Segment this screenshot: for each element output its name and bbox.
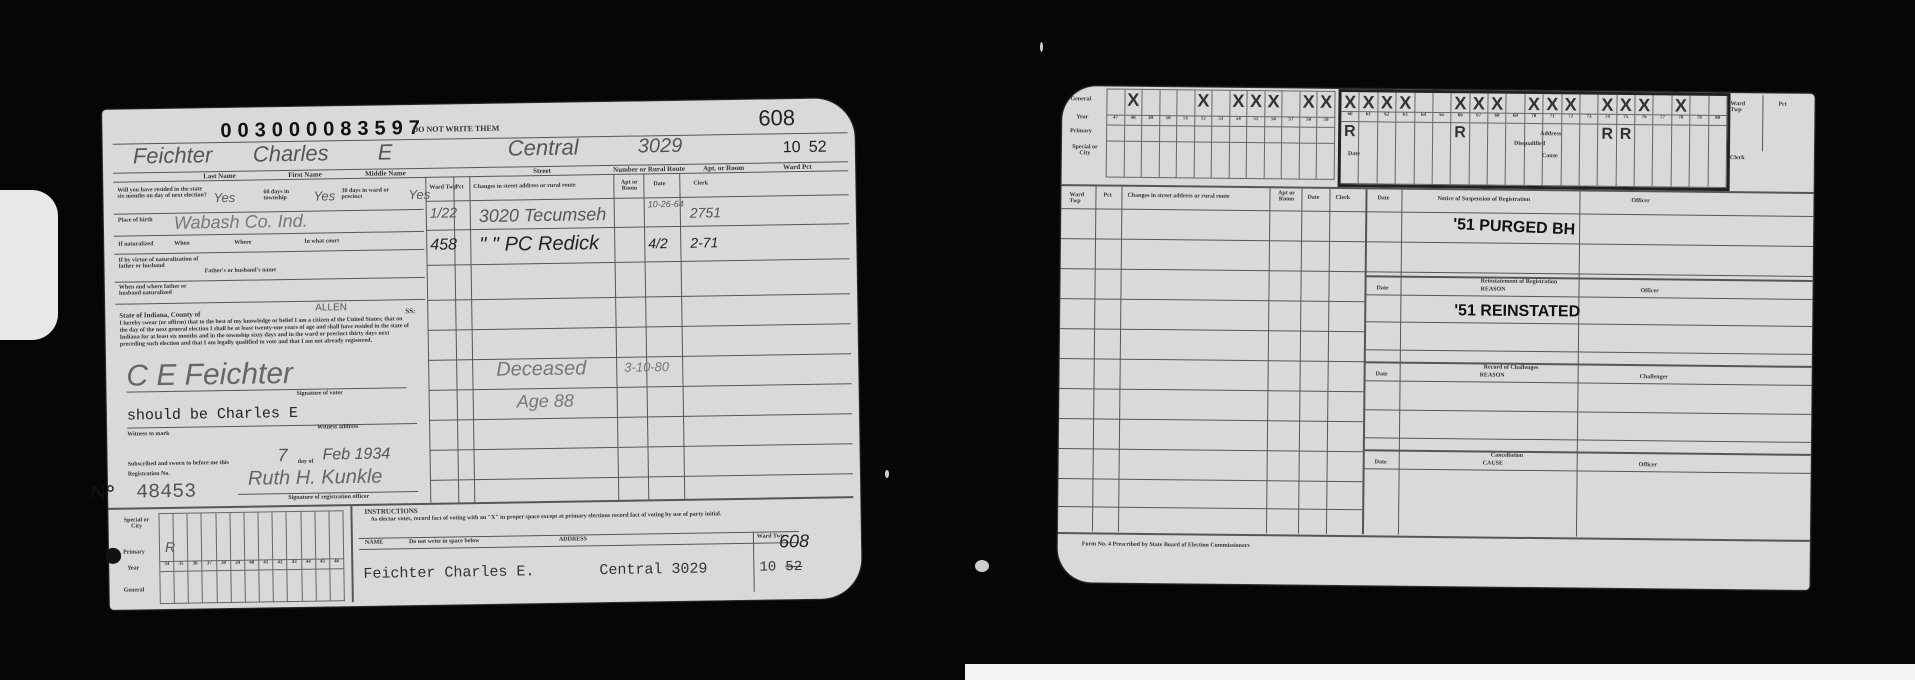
back-changes-header-address: Changes in street address or rural route	[1127, 193, 1229, 200]
vote-cell	[1300, 144, 1318, 180]
stub-pct-overwrite: 608	[779, 531, 809, 552]
changes-date: 3-10-80	[624, 359, 669, 375]
correction-note: should be Charles E	[127, 405, 298, 425]
general-mark: X	[1195, 90, 1213, 116]
vote-cell	[202, 513, 217, 561]
back-changes-header-clerk: Clerk	[1335, 195, 1350, 201]
vote-cell	[216, 513, 231, 561]
reinstatement-header-reason: REASON	[1480, 286, 1505, 292]
vote-cell	[1177, 126, 1195, 142]
ward-residence-answer: Yes	[408, 187, 430, 202]
back-label-general: General	[1070, 96, 1091, 102]
vote-cell	[1690, 126, 1709, 188]
divider	[1364, 349, 1812, 355]
divider	[1363, 449, 1811, 456]
front-vote-grid: 34 35 36 37 38 39 40 41 42 43 44 45 46	[158, 510, 344, 604]
middle-name: E	[378, 139, 393, 165]
general-mark: X	[1635, 95, 1654, 115]
year-cell: 65	[1433, 113, 1451, 123]
year-cell: 47	[1107, 116, 1125, 126]
divider	[469, 176, 475, 502]
cancellation-header-cause: CAUSE	[1483, 460, 1503, 466]
voter-signature: C E Feichter	[126, 357, 293, 394]
divider	[115, 277, 425, 283]
label-no-write: Do not write in space below	[409, 538, 480, 545]
vote-cell	[274, 570, 289, 602]
stub-address: Central 3029	[599, 560, 707, 579]
vote-cell	[1230, 127, 1248, 143]
year-cell: 60	[1341, 112, 1359, 122]
vote-cell	[188, 513, 203, 561]
label-nat-court: In what court	[304, 238, 339, 245]
place-of-birth: Wabash Co. Ind.	[174, 211, 308, 234]
back-changes-header-apt: Apt or Room	[1274, 190, 1298, 202]
vote-cell	[259, 570, 274, 602]
vote-cell	[1506, 124, 1525, 186]
year-cell: 45	[316, 559, 330, 569]
vote-cell	[1414, 123, 1433, 185]
reinstatement-title: Reinstatement of Registration	[1481, 278, 1558, 285]
divider	[350, 506, 354, 602]
vote-cell	[1635, 125, 1654, 187]
vote-cell	[1580, 124, 1599, 186]
general-mark: X	[1265, 91, 1283, 117]
year-cell: 51	[1177, 116, 1195, 126]
vote-cell	[273, 512, 288, 560]
suspension-header-date: Date	[1377, 195, 1389, 201]
general-mark: X	[1562, 94, 1581, 114]
general-mark: X	[1525, 94, 1544, 114]
vote-cell	[1396, 123, 1415, 185]
instructions-title: INSTRUCTIONS	[364, 507, 417, 516]
primary-mark: R	[1598, 125, 1617, 187]
label-stub-name: NAME	[365, 540, 383, 546]
divider	[1059, 448, 1363, 452]
divider	[1061, 208, 1813, 217]
divider	[1060, 298, 1364, 302]
divider	[427, 258, 850, 266]
suspension-header-officer: Officer	[1631, 198, 1649, 204]
label-signature-voter: Signature of voter	[297, 390, 343, 397]
back-label-primary: Primary	[1070, 128, 1092, 134]
oath-county: ALLEN	[315, 302, 347, 313]
punch-hole-icon	[105, 548, 121, 564]
first-name: Charles	[253, 140, 329, 167]
year-cell: 38	[217, 561, 231, 571]
film-speck	[885, 470, 889, 478]
changes-row: 1/22 3020 Tecumseh 10-26-64 2751	[102, 98, 854, 110]
year-cell: 49	[1142, 116, 1160, 126]
year-cell: 59	[1318, 118, 1336, 128]
vote-cell	[1282, 143, 1300, 179]
changes-clerk: 2751	[690, 204, 721, 220]
changes-address: Age 88	[517, 391, 574, 413]
label-father-when-where: When and where father or husband natural…	[119, 283, 209, 296]
changes-header-clerk: Clerk	[693, 180, 708, 186]
vote-cell	[1142, 126, 1160, 142]
divider	[1762, 95, 1764, 151]
vote-cell	[287, 512, 302, 560]
year-cell: 75	[1617, 115, 1635, 125]
street-name: Central	[508, 134, 579, 161]
general-mark: X	[1341, 92, 1360, 112]
header-notice: DO NOT WRITE THEM	[412, 124, 499, 134]
changes-header-ward: Ward Twp	[429, 184, 456, 190]
vote-cell	[1107, 142, 1125, 178]
label-disqualified: Disqualified	[1514, 141, 1545, 147]
year-cell: 56	[1265, 117, 1283, 127]
year-cell: 53	[1212, 117, 1230, 127]
vote-label-general: General	[124, 587, 145, 593]
year-cell: 70	[1525, 114, 1543, 124]
label-sworn: Subscribed and sworn to before me this	[128, 460, 229, 468]
year-cell: 35	[174, 562, 188, 572]
back-changes-header-date: Date	[1307, 195, 1319, 201]
vote-cell	[288, 570, 303, 602]
vote-cell	[244, 513, 259, 561]
changes-address: 3020 Tecumseh	[479, 204, 607, 227]
general-mark: X	[1396, 93, 1415, 113]
general-mark	[1283, 91, 1301, 117]
general-mark: X	[1672, 95, 1691, 115]
reinstatement-header-officer: Officer	[1640, 288, 1658, 294]
instructions-text: As elector votes, record fact of voting …	[371, 510, 791, 524]
year-cell: 67	[1470, 113, 1488, 123]
divider	[115, 299, 425, 305]
divider	[643, 173, 649, 499]
vote-label-primary: Primary	[123, 549, 145, 555]
suspension-header-notice: Notice of Suspension of Registration	[1437, 196, 1530, 203]
changes-clerk: 2-71	[690, 234, 718, 250]
vote-cell	[245, 571, 260, 603]
label-ward-twp: Ward Twp	[1730, 101, 1754, 113]
general-mark: X	[1318, 92, 1336, 118]
changes-row: 458 " " PC Redick 4/2 2-71	[102, 98, 854, 110]
vote-cell	[1212, 143, 1230, 179]
label-clerk: Clerk	[1730, 155, 1745, 161]
divider	[428, 323, 851, 331]
registration-card-front: 003000083597 DO NOT WRITE THEM 608 Feich…	[102, 98, 862, 610]
divider	[114, 249, 424, 255]
changes-address: Deceased	[496, 357, 586, 381]
year-cell: 40	[245, 561, 259, 571]
label-officer-signature: Signature of registration officer	[288, 494, 369, 501]
last-name: Feichter	[133, 142, 213, 169]
vote-cell	[1561, 124, 1580, 186]
label-address: Address	[1540, 131, 1561, 137]
primary-mark: R	[1616, 125, 1635, 187]
cancellation-header-date: Date	[1375, 459, 1387, 465]
vote-cell	[231, 571, 246, 603]
vote-cell	[302, 570, 317, 602]
ward-value: 10	[783, 139, 801, 157]
year-cell: 61	[1360, 112, 1378, 122]
year-cell: 74	[1599, 115, 1617, 125]
divider	[426, 194, 849, 202]
general-mark	[1177, 90, 1195, 116]
vote-cell	[1432, 123, 1451, 185]
vote-cell	[316, 569, 331, 601]
vote-cell	[1282, 127, 1300, 143]
year-cell: 41	[259, 560, 273, 570]
changes-header-date: Date	[653, 181, 665, 187]
divider	[427, 293, 850, 301]
back-label-year: Year	[1076, 114, 1088, 120]
vote-cell	[330, 569, 345, 601]
changes-ward: 1/22	[430, 204, 457, 220]
divider	[1364, 380, 1812, 386]
vote-cell	[174, 514, 189, 562]
challenges-title: Record of Challenges	[1484, 365, 1539, 372]
changes-address: " " PC Redick	[479, 232, 599, 257]
adjacent-card-edge	[0, 190, 58, 340]
changes-row: Deceased 3-10-80	[102, 98, 854, 110]
vote-cell	[1359, 122, 1378, 184]
divider	[679, 173, 685, 499]
year-cell: 50	[1160, 116, 1178, 126]
year-cell: 78	[1672, 115, 1690, 125]
divider	[1363, 468, 1811, 474]
general-mark: X	[1360, 92, 1379, 112]
divider	[613, 174, 619, 500]
vote-cell	[259, 512, 274, 560]
general-mark	[1433, 93, 1452, 113]
general-mark	[1160, 90, 1178, 116]
vote-cell	[175, 572, 190, 604]
vote-cell	[1708, 126, 1727, 188]
vote-cell	[329, 511, 344, 559]
sworn-day: 7	[277, 445, 287, 466]
year-cell: 79	[1690, 116, 1708, 126]
number-prefix: N°	[90, 480, 115, 506]
sworn-month-year: Feb 1934	[322, 445, 390, 464]
year-cell: 62	[1378, 112, 1396, 122]
primary-mark: R	[1451, 123, 1470, 185]
vote-cell	[1229, 143, 1247, 179]
year-cell: 66	[1452, 113, 1470, 123]
year-cell: 72	[1562, 114, 1580, 124]
vote-cell	[1160, 126, 1178, 142]
vote-cell	[1247, 127, 1265, 143]
label-ward-residence: 30 days in ward or precinct	[341, 187, 401, 200]
changes-row: Age 88	[102, 98, 854, 110]
changes-header-apt: Apt or Room	[616, 179, 642, 191]
back-label-special: Special or City	[1070, 144, 1100, 156]
vote-cell	[1194, 142, 1212, 178]
changes-date: 4/2	[648, 235, 668, 251]
general-mark	[1507, 94, 1526, 114]
divider	[1059, 478, 1363, 482]
divider	[453, 176, 459, 502]
vote-cell	[203, 571, 218, 603]
film-speck	[1040, 42, 1043, 52]
vote-cell	[1177, 142, 1195, 178]
general-mark: X	[1599, 95, 1618, 115]
vote-cell	[1264, 143, 1282, 179]
divider	[425, 177, 431, 503]
corner-number: 608	[758, 105, 795, 132]
vote-cell	[1488, 124, 1507, 186]
label-state-residence: Will you have resided in the state six m…	[117, 186, 207, 199]
vote-cell	[1212, 127, 1230, 143]
street-number: 3029	[638, 135, 683, 159]
year-cell: 42	[273, 560, 287, 570]
label-stub-address: ADDRESS	[559, 536, 587, 542]
label-day-of: day of	[298, 459, 314, 465]
vote-cell	[315, 511, 330, 559]
divider	[429, 443, 852, 451]
vote-cell	[1195, 126, 1213, 142]
form-footer: Form No. 4 Prescribed by State Board of …	[1082, 541, 1250, 549]
label-nat-where: Where	[234, 240, 251, 246]
challenges-header-date: Date	[1376, 371, 1388, 377]
general-mark: X	[1544, 94, 1563, 114]
year-cell: 80	[1709, 116, 1727, 126]
back-changes-header-ward: Ward Twp	[1069, 192, 1093, 204]
general-mark	[1415, 93, 1434, 113]
year-cell: 69	[1507, 114, 1525, 124]
year-cell: 36	[189, 561, 203, 571]
divider	[1364, 321, 1812, 327]
vote-cell	[159, 514, 174, 562]
divider	[1364, 361, 1812, 368]
registration-card-back: General Year Primary Special or City X X…	[1057, 86, 1814, 590]
oath-state: State of Indiana, County of	[119, 310, 200, 319]
vote-cell	[1265, 127, 1283, 143]
oath-ss: SS:	[405, 307, 415, 315]
label-place-of-birth: Place of birth	[118, 217, 158, 224]
divider	[1060, 358, 1364, 362]
vote-cell	[1300, 128, 1318, 144]
vote-label-special: Special or City	[123, 517, 151, 529]
general-mark: X	[1230, 91, 1248, 117]
film-edge-strip	[965, 664, 1915, 680]
stub-pct: 52	[785, 559, 802, 575]
divider	[429, 383, 852, 391]
stub-ward: 10	[759, 559, 776, 575]
stub-name: Feichter Charles E.	[363, 563, 534, 583]
year-cell: 63	[1396, 113, 1414, 123]
general-mark: X	[1248, 91, 1266, 117]
year-cell: 77	[1654, 115, 1672, 125]
vote-cell	[1125, 126, 1143, 142]
general-mark	[1654, 95, 1673, 115]
year-cell: 71	[1543, 114, 1561, 124]
general-mark: X	[1470, 93, 1489, 113]
general-mark	[1691, 96, 1710, 116]
general-mark	[1580, 94, 1599, 114]
back-vote-grid-left: X X X X X X X 47 48 49 50 51 52 53 54 55…	[1106, 89, 1336, 180]
changes-header-pct: Pct	[455, 184, 463, 190]
year-cell: 54	[1230, 117, 1248, 127]
label-registration-no: Registration No.	[128, 471, 170, 478]
year-cell: 58	[1300, 118, 1318, 128]
general-mark: X	[1378, 92, 1397, 112]
label-township-residence: 60 days in township	[263, 189, 313, 202]
changes-header-address: Changes in street address or rural route	[473, 183, 575, 191]
general-mark: X	[1300, 92, 1318, 118]
state-residence-answer: Yes	[213, 190, 235, 205]
vote-cell	[1107, 126, 1125, 142]
divider	[1061, 238, 1365, 242]
officer-signature: Ruth H. Kunkle	[248, 466, 383, 491]
pct-value: 52	[809, 139, 827, 157]
general-mark: X	[1452, 93, 1471, 113]
changes-date: 10-26-64	[648, 199, 684, 210]
oath-text: I hereby swear (or affirm) that to the b…	[119, 316, 409, 349]
vote-cell	[1377, 122, 1396, 184]
year-cell: 57	[1283, 117, 1301, 127]
year-cell: 34	[160, 562, 174, 572]
suspension-entry: '51 PURGED BH	[1453, 216, 1576, 240]
divider	[1060, 328, 1364, 332]
vote-cell	[1653, 125, 1672, 187]
year-cell: 76	[1635, 115, 1653, 125]
vote-cell	[160, 572, 175, 604]
label-father-naturalization: If by virtue of naturalization of father…	[118, 256, 198, 269]
year-cell: 48	[1125, 116, 1143, 126]
township-residence-answer: Yes	[313, 188, 335, 203]
label-cause: Cause	[1542, 153, 1558, 159]
divider	[1058, 532, 1810, 542]
registration-number: 48453	[136, 481, 196, 505]
divider	[1059, 418, 1363, 422]
vote-cell	[301, 512, 316, 560]
vote-cell	[1159, 142, 1177, 178]
vote-cell	[217, 571, 232, 603]
divider	[1365, 275, 1813, 282]
year-cell: 46	[330, 559, 344, 569]
label-pct: Pct	[1778, 102, 1786, 108]
reinstatement-entry: '51 REINSTATED	[1454, 302, 1580, 321]
vote-cell	[189, 571, 204, 603]
cancellation-title: Cancellation	[1491, 453, 1523, 459]
vote-cell	[1124, 142, 1142, 178]
general-mark	[1213, 91, 1231, 117]
general-mark	[1142, 90, 1160, 116]
vote-cell	[1671, 125, 1690, 187]
year-cell: 55	[1247, 117, 1265, 127]
general-mark	[1107, 90, 1125, 116]
divider	[1365, 241, 1813, 247]
label-date: Date	[1348, 151, 1360, 157]
label-father-name: Father's or husband's name	[205, 267, 276, 274]
vote-cell	[1142, 142, 1160, 178]
year-cell: 64	[1415, 113, 1433, 123]
label-naturalized: If naturalized	[118, 241, 153, 248]
divider	[429, 413, 852, 421]
year-cell: 73	[1580, 114, 1598, 124]
back-vote-grid-right: X X X X X X X X X X X X X X 60 61 62 63 …	[1338, 89, 1731, 191]
film-speck	[975, 560, 989, 572]
year-cell: 68	[1488, 114, 1506, 124]
divider	[753, 532, 755, 592]
year-cell: 44	[302, 560, 316, 570]
year-cell: 43	[288, 560, 302, 570]
label-nat-when: When	[174, 241, 189, 247]
divider	[1363, 409, 1811, 415]
divider	[1058, 506, 1362, 510]
label-witness-address: Witness address	[317, 424, 358, 431]
back-changes-header-pct: Pct	[1103, 193, 1111, 199]
vote-cell	[1247, 143, 1265, 179]
divider	[1363, 437, 1811, 443]
divider	[1364, 294, 1812, 300]
divider	[430, 473, 853, 481]
year-cell: 39	[231, 561, 245, 571]
general-mark: X	[1488, 94, 1507, 114]
vote-cell	[230, 513, 245, 561]
